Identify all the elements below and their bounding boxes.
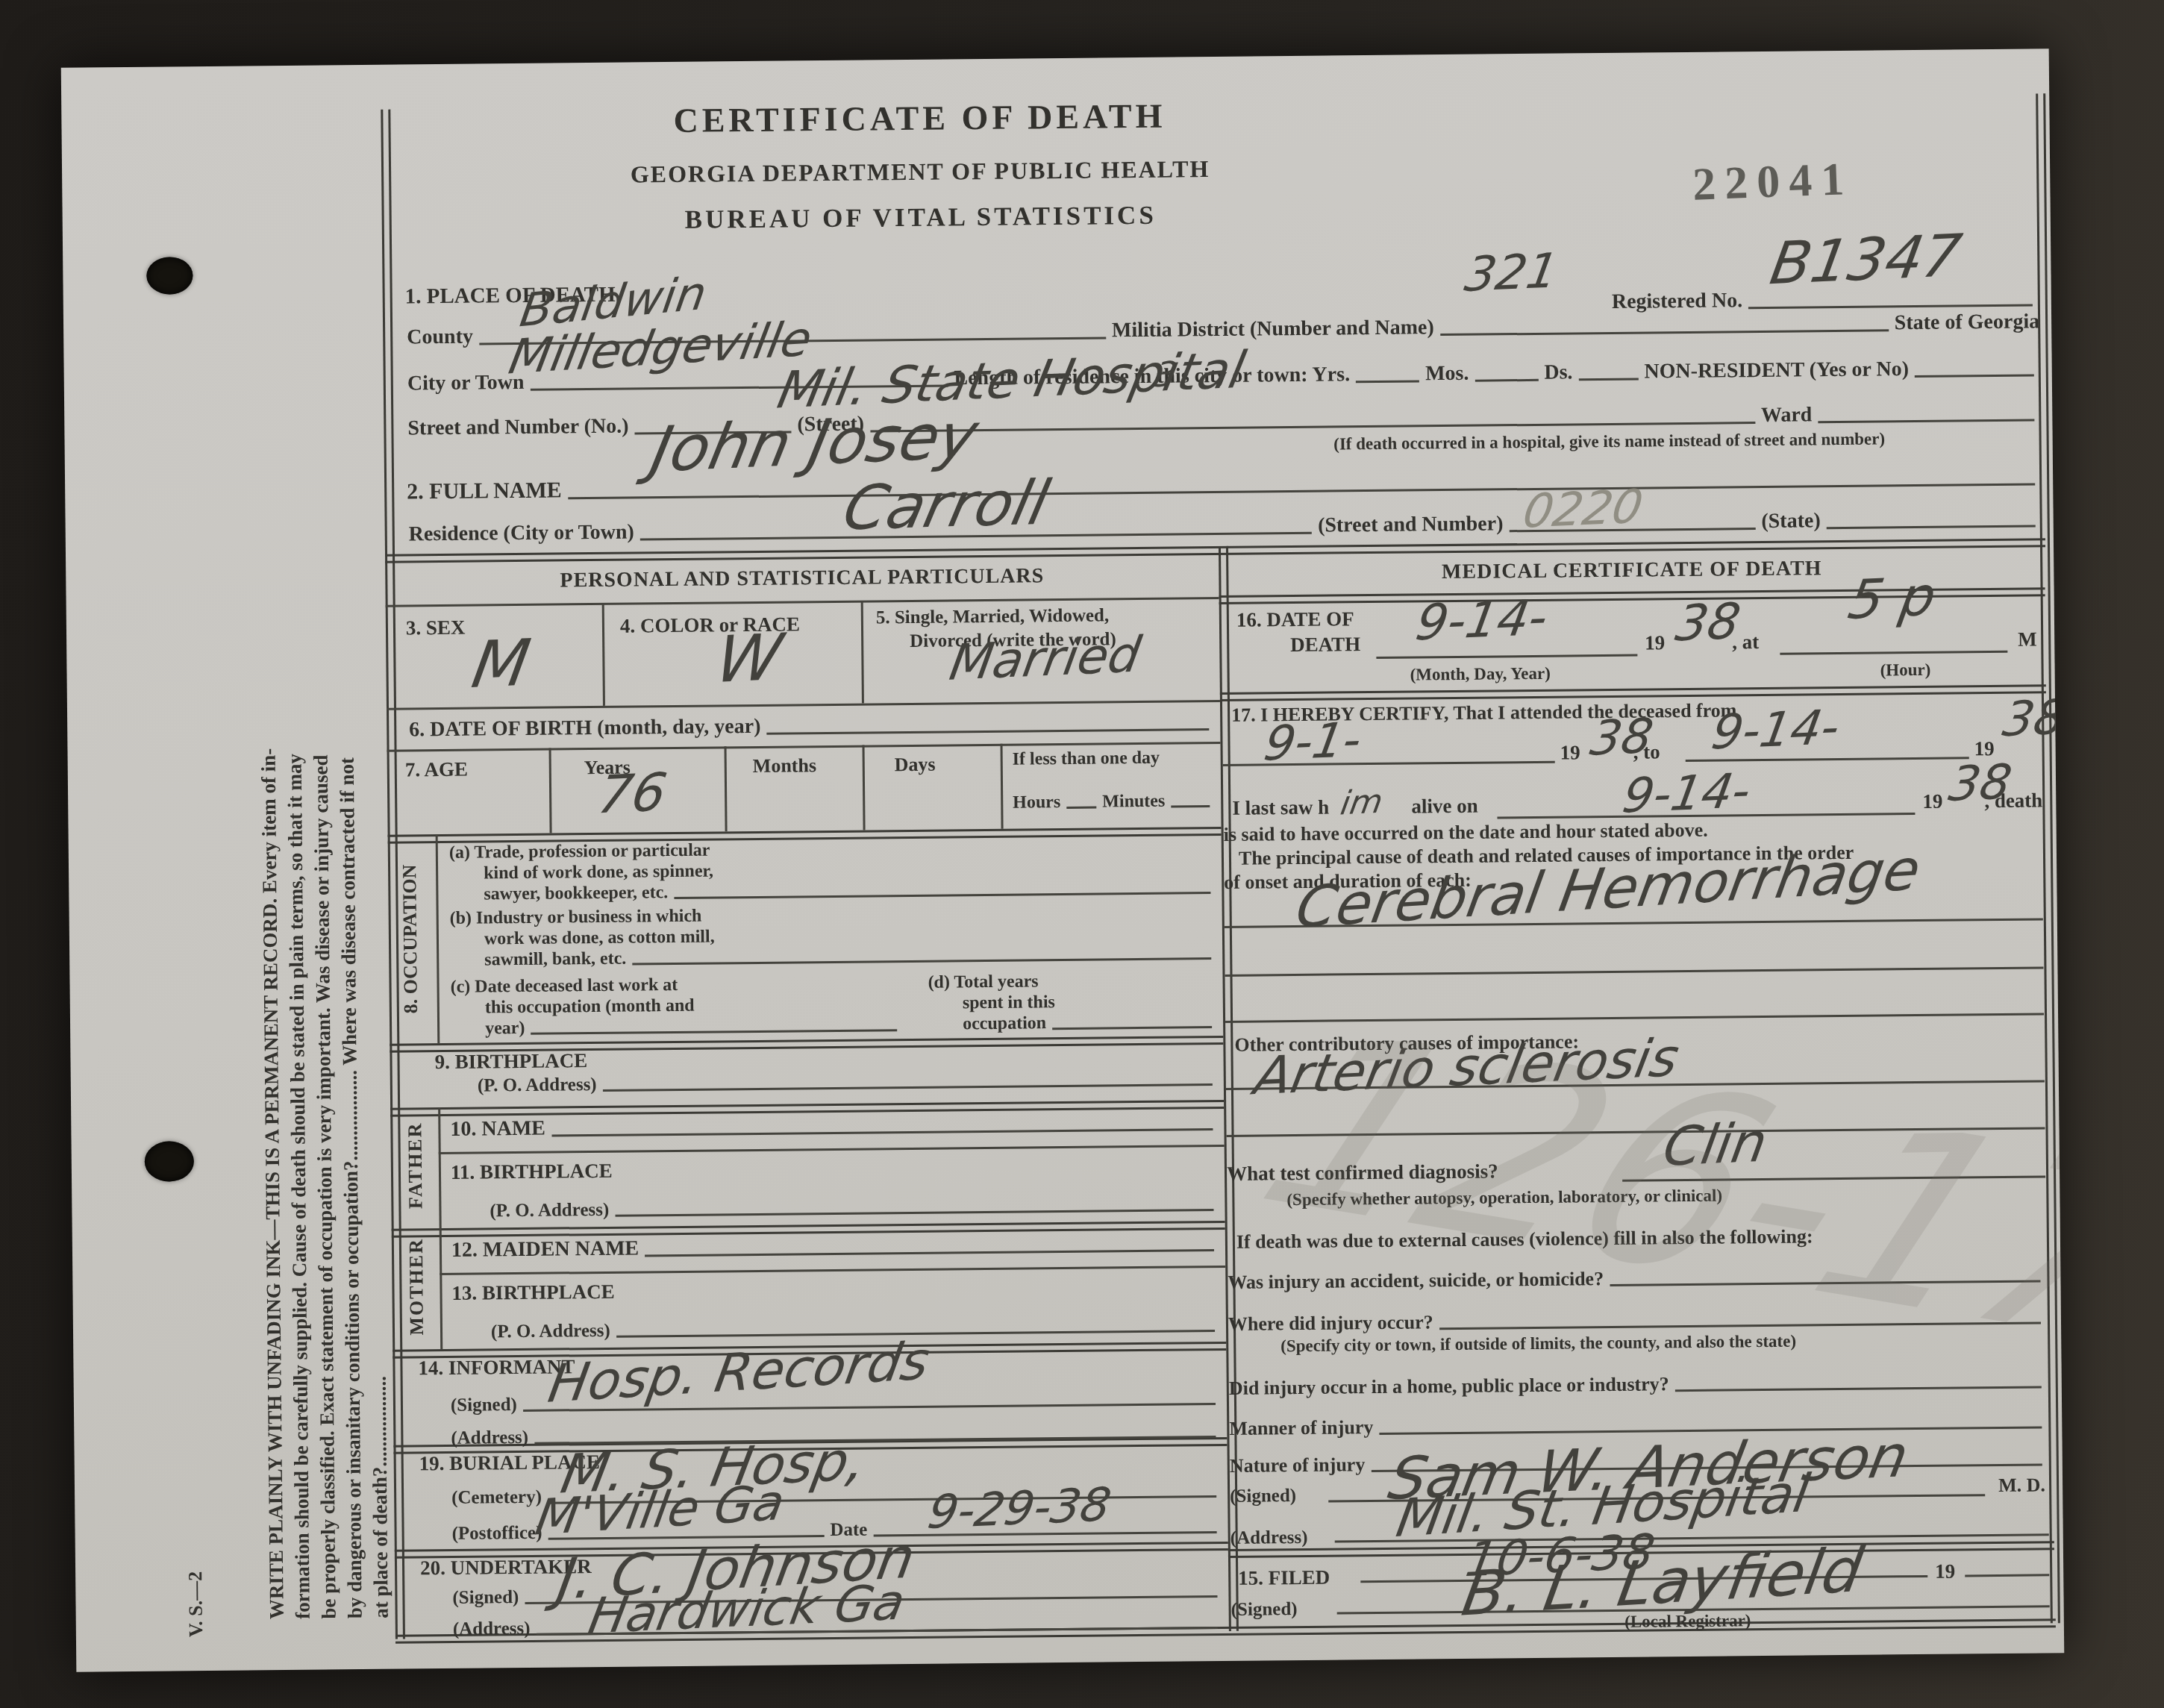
- mother-name-label: 12. MAIDEN NAME: [451, 1236, 639, 1262]
- certify-to-value-handwriting: 9-14-: [1708, 704, 1842, 757]
- death-date-line: [1376, 654, 1637, 659]
- occupation-divider: [436, 834, 440, 1043]
- death-hour-line: [1780, 651, 2007, 655]
- minutes-label: Minutes: [1102, 792, 1165, 813]
- mother-bp-label: 13. BIRTHPLACE: [451, 1280, 614, 1305]
- page-title: CERTIFICATE OF DEATH: [584, 95, 1255, 141]
- death-m-label: M: [2018, 628, 2037, 651]
- occupation-d2: spent in this: [963, 992, 1055, 1013]
- certify-from-handwriting: 9-1-: [1261, 716, 1365, 769]
- father-group-label: FATHER: [404, 1111, 427, 1219]
- race-value-handwriting: W: [712, 625, 787, 692]
- minutes-line: [1171, 805, 1210, 807]
- filed-19-line: [1965, 1574, 2049, 1577]
- certify-year2-handwriting: 38: [2000, 694, 2065, 745]
- hours-line: [1066, 807, 1096, 809]
- informant-address-label: (Address): [451, 1427, 528, 1449]
- ds-line: [1579, 378, 1639, 381]
- mother-divider: [440, 1228, 443, 1349]
- age-years-value-handwriting: 76: [595, 766, 670, 822]
- marital-label-line1: 5. Single, Married, Widowed,: [876, 605, 1110, 628]
- mother-po-label: (P. O. Address): [491, 1321, 610, 1343]
- filed-label: 15. FILED: [1238, 1566, 1330, 1590]
- birthdate-row: 6. DATE OF BIRTH (month, day, year): [409, 710, 1215, 742]
- lastsaw-post: alive on: [1411, 795, 1478, 819]
- row16-bottom-line: [1220, 684, 2046, 701]
- row345-bottom-line: [387, 700, 1220, 710]
- stamp-number: 22041: [1692, 153, 1854, 212]
- county-label: County: [407, 325, 473, 350]
- death-19-label: 19: [1645, 631, 1665, 654]
- certify-19a-label: 19: [1560, 741, 1580, 764]
- father-bp-label: 11. BIRTHPLACE: [451, 1160, 613, 1184]
- occupation-b2: work was done, as cotton mill,: [484, 927, 715, 949]
- department-title: GEORGIA DEPARTMENT OF PUBLIC HEALTH: [584, 154, 1256, 189]
- lastsaw-pre: I last saw h: [1232, 796, 1329, 820]
- mos-line: [1475, 379, 1538, 382]
- age-months-label: Months: [753, 754, 817, 778]
- occupation-c-line: [531, 1029, 897, 1035]
- punch-hole-bottom: [145, 1141, 195, 1182]
- father-name-line: [551, 1128, 1213, 1137]
- father-po-label: (P. O. Address): [490, 1200, 609, 1222]
- informant-signed-label: (Signed): [451, 1395, 517, 1416]
- father-po-row: (P. O. Address): [490, 1194, 1219, 1221]
- birthplace-po-row: (P. O. Address): [478, 1069, 1219, 1097]
- father-divider: [438, 1107, 442, 1228]
- hospital-note: (If death occurred in a hospital, give i…: [1177, 428, 2042, 455]
- occupation-d3: occupation: [963, 1013, 1046, 1034]
- birthplace-line: [603, 1083, 1213, 1092]
- sex-value-handwriting: M: [468, 631, 534, 698]
- mos-label: Mos.: [1425, 362, 1469, 387]
- burial-po-value-handwriting: M'Ville Ga: [532, 1478, 788, 1542]
- registered-value-handwriting: B1347: [1766, 227, 1966, 293]
- occupation-d-line: [1052, 1026, 1212, 1030]
- date-of-death-label2: DEATH: [1290, 633, 1360, 657]
- manner-label: Manner of injury: [1229, 1416, 1373, 1440]
- occupation-b-line: [632, 957, 1211, 965]
- physician-signed-label: (Signed): [1230, 1486, 1296, 1507]
- injury-q2-label: Where did injury occur?: [1228, 1311, 1433, 1336]
- street-line2: [870, 422, 1755, 432]
- personal-title: PERSONAL AND STATISTICAL PARTICULARS: [385, 563, 1219, 595]
- occupation-d1: (d) Total years: [928, 972, 1038, 992]
- occupation-c3-row: year): [485, 1015, 903, 1039]
- residence-label: Residence (City or Town): [409, 520, 634, 546]
- nonresident-label: NON-RESIDENT (Yes or No): [1644, 357, 1909, 384]
- injury-q3-label: Did injury occur in a home, public place…: [1229, 1373, 1669, 1400]
- death-certificate-page: WRITE PLAINLY WITH UNFADING INK—THIS IS …: [61, 49, 2065, 1671]
- nonresident-line: [1915, 374, 2034, 378]
- militia-district-label: Militia District (Number and Name): [1112, 316, 1434, 342]
- occupation-a-line: [674, 892, 1210, 899]
- lastsaw-year-handwriting: 38: [1945, 758, 2015, 809]
- injury-q3-line: [1675, 1386, 2042, 1392]
- occupation-d3-row: occupation: [963, 1012, 1218, 1034]
- residence-street-value-handwriting: 0220: [1520, 484, 1646, 535]
- age-label: 7. AGE: [405, 758, 468, 782]
- birthdate-label: 6. DATE OF BIRTH (month, day, year): [409, 715, 760, 742]
- undertaker-address-value-handwriting: Hardwick Ga: [585, 1578, 909, 1642]
- hour-note: (Hour): [1880, 660, 1930, 681]
- occupation-a3: sawyer, bookkeeper, etc.: [484, 883, 668, 904]
- death-year-handwriting: 38: [1672, 597, 1744, 649]
- militia-value-handwriting: 321: [1462, 247, 1562, 299]
- burial-cemetery-label: (Cemetery): [451, 1487, 542, 1509]
- birthplace-label: 9. BIRTHPLACE: [434, 1049, 587, 1074]
- residence-street-label: (Street and Number): [1318, 512, 1504, 537]
- injury-q2-note: (Specify city or town, if outside of lim…: [1280, 1332, 1796, 1357]
- margin-instructions: WRITE PLAINLY WITH UNFADING INK—THIS IS …: [250, 126, 395, 1620]
- cause-line-rule2: [1225, 966, 2043, 977]
- father-name-label: 10. NAME: [450, 1117, 545, 1142]
- burial-date-value-handwriting: 9-29-38: [925, 1481, 1114, 1536]
- occupation-c1: (c) Date deceased last work at: [450, 975, 678, 998]
- md-label: M. D.: [1998, 1474, 2045, 1497]
- age-div4: [1000, 744, 1003, 829]
- street-number-label: Street and Number (No.): [407, 415, 628, 441]
- death-hour-handwriting: 5 p: [1845, 569, 1939, 627]
- mother-inner-line: [440, 1266, 1225, 1275]
- father-inner-line: [439, 1145, 1225, 1154]
- militia-line: [1440, 329, 1889, 336]
- hours-minutes-row: Hours Minutes: [1013, 791, 1216, 813]
- registered-label: Registered No.: [1612, 289, 1743, 314]
- lastsaw-value-handwriting: 9-14-: [1619, 767, 1754, 821]
- injury-q3-row: Did injury occur in a home, public place…: [1229, 1369, 2048, 1400]
- mother-name-line: [645, 1249, 1214, 1257]
- nature-label: Nature of injury: [1230, 1454, 1366, 1477]
- birthplace-po-label: (P. O. Address): [478, 1074, 597, 1097]
- bureau-title: BUREAU OF VITAL STATISTICS: [585, 199, 1257, 236]
- occupation-a2: kind of work done, as spinner,: [484, 861, 713, 883]
- age-div3: [863, 745, 866, 830]
- mother-group-label: MOTHER: [405, 1231, 428, 1342]
- fullname-line: [568, 483, 2035, 499]
- death-date-value-handwriting: 9-14-: [1413, 593, 1551, 648]
- occupation-a1: (a) Trade, profession or particular: [449, 841, 710, 863]
- occupation-b1: (b) Industry or business in which: [450, 907, 702, 929]
- residence-state-label: (State): [1761, 509, 1821, 534]
- occupation-c3: year): [485, 1019, 525, 1039]
- birthdate-line: [766, 728, 1209, 735]
- age-div1: [549, 748, 552, 833]
- ds-label: Ds.: [1544, 360, 1572, 384]
- burial-po-label: (Postoffice): [451, 1523, 542, 1545]
- row7-bottom-line: [388, 827, 1222, 844]
- fullname-label: 2. FULL NAME: [407, 478, 562, 504]
- punch-hole-top: [146, 257, 193, 295]
- residence-value-handwriting: Carroll: [838, 473, 1054, 539]
- undertaker-signed-label: (Signed): [452, 1587, 519, 1609]
- registered-line: [1748, 304, 2033, 309]
- age-div2: [725, 746, 728, 831]
- yrs-line: [1356, 380, 1419, 383]
- fullname-value-handwriting: John Josey: [646, 404, 983, 481]
- father-po-line: [615, 1209, 1213, 1217]
- certify-year1-handwriting: 38: [1587, 713, 1657, 763]
- date-of-death-label1: 16. DATE OF: [1236, 607, 1354, 632]
- sex-race-divider: [602, 604, 605, 706]
- physician-address-label: (Address): [1230, 1527, 1308, 1549]
- age-less-label: If less than one day: [1013, 748, 1160, 770]
- occupation-label: 8. OCCUPATION: [398, 842, 422, 1036]
- age-days-label: Days: [895, 754, 936, 777]
- form-number: V. S.—2: [184, 1518, 207, 1637]
- ward-line: [1818, 419, 2034, 423]
- residence-state-line: [1827, 525, 2036, 529]
- lastsaw-scribble-handwriting: im: [1338, 786, 1385, 821]
- state-of-georgia-label: State of Georgia: [1895, 310, 2040, 335]
- lastsaw-19-label: 19: [1922, 790, 1942, 813]
- occupation-b3: sawmill, bank, etc.: [484, 949, 626, 971]
- occupation-c2: this occupation (month and: [485, 996, 695, 1019]
- registrar-signed-label: (Signed): [1231, 1599, 1298, 1621]
- mdy-note: (Month, Day, Year): [1410, 664, 1551, 685]
- race-marital-divider: [861, 602, 864, 704]
- hours-label: Hours: [1013, 792, 1060, 813]
- filed-19-label: 19: [1935, 1560, 1955, 1583]
- sex-label: 3. SEX: [406, 616, 466, 640]
- undertaker-address-label: (Address): [453, 1618, 531, 1640]
- marital-value-handwriting: Married: [946, 631, 1144, 688]
- ward-label: Ward: [1761, 403, 1813, 428]
